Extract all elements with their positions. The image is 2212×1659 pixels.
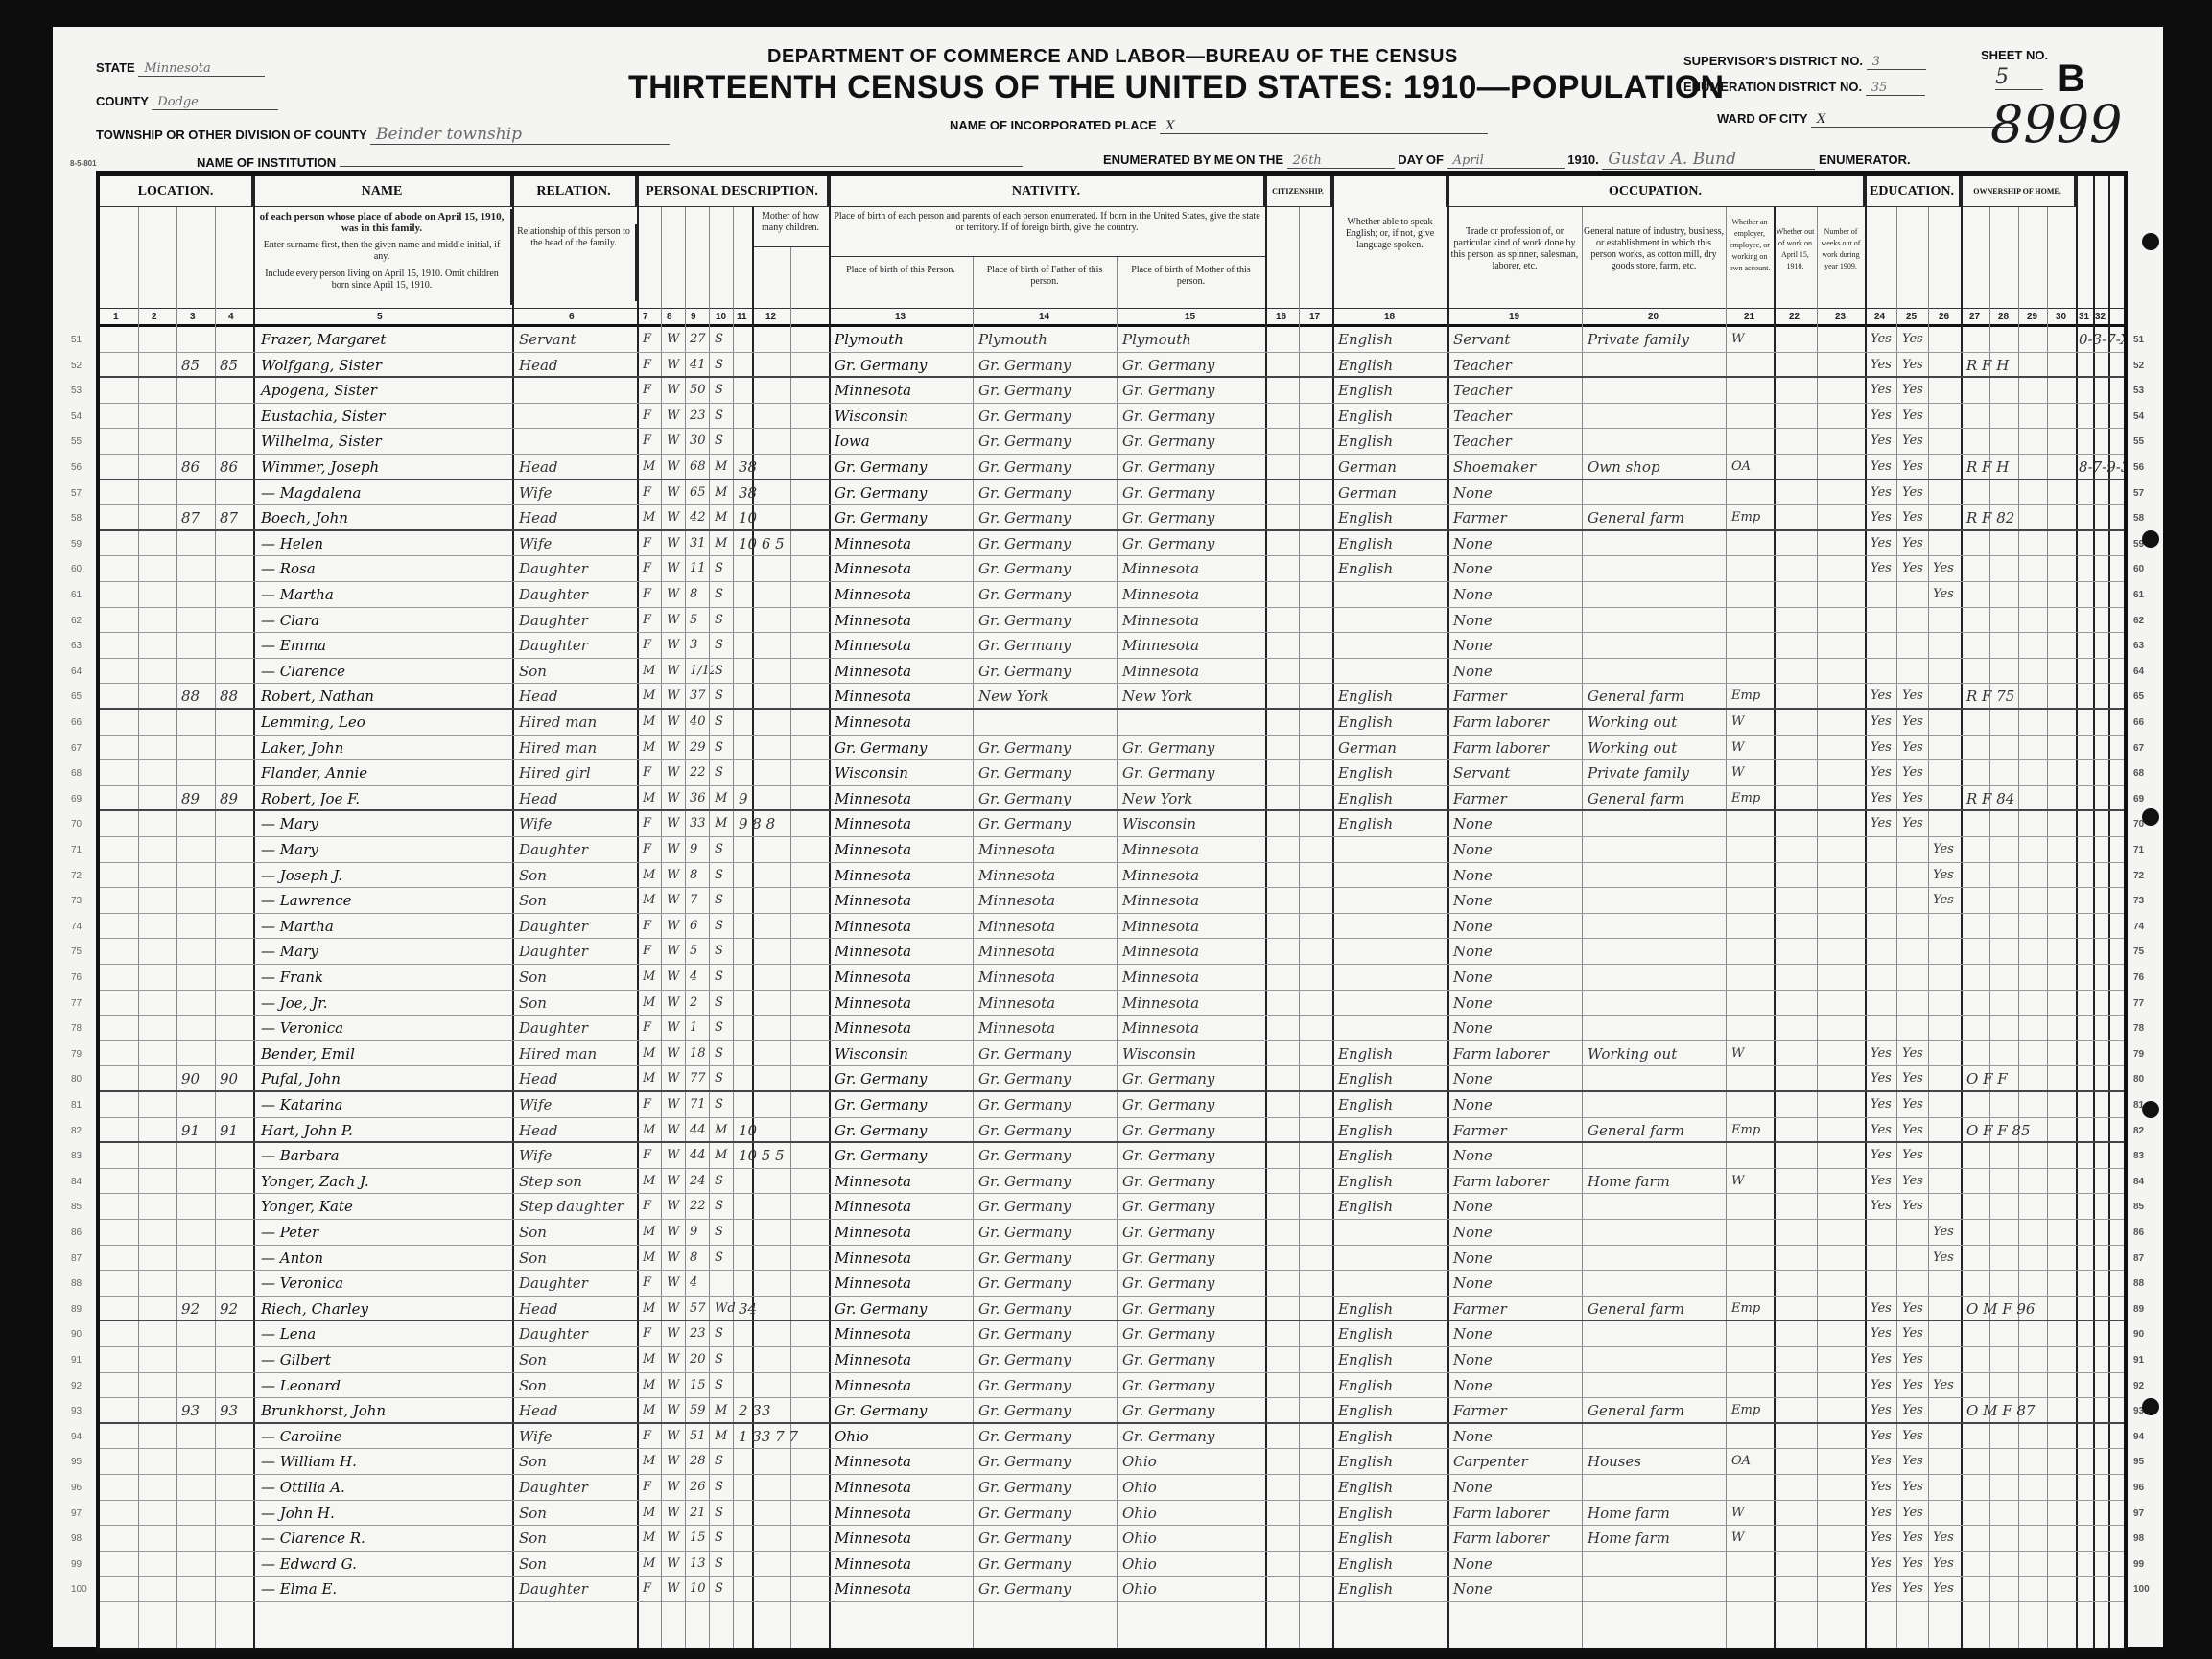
cell-relation: Wife bbox=[516, 531, 637, 556]
cell-mc bbox=[736, 429, 827, 454]
table-row: 9191Hart, John P.HeadMW44M10Gr. GermanyG… bbox=[100, 1118, 2124, 1144]
cell-right bbox=[2076, 1347, 2124, 1372]
cell-read: Yes bbox=[1868, 1347, 1899, 1372]
cell-trade: None bbox=[1450, 608, 1582, 633]
cell-family bbox=[217, 1143, 253, 1168]
cell-born: Minnesota bbox=[832, 1552, 973, 1577]
table-row: — MaryWifeFW33M9 8 8MinnesotaGr. Germany… bbox=[100, 811, 2124, 837]
cell-school bbox=[1930, 1092, 1961, 1117]
cell-race: W bbox=[664, 888, 685, 913]
cell-family: 90 bbox=[217, 1066, 253, 1090]
cell-family: 87 bbox=[217, 505, 253, 529]
cell-family bbox=[217, 1526, 253, 1551]
cell-age: 18 bbox=[687, 1041, 714, 1066]
table-row: — Clarence R.SonMW15SMinnesotaGr. German… bbox=[100, 1526, 2124, 1552]
cell-family: 93 bbox=[217, 1398, 253, 1422]
cell-read bbox=[1868, 1220, 1899, 1245]
cell-mc: 9 8 8 bbox=[736, 811, 827, 836]
cell-lang: German bbox=[1335, 455, 1447, 479]
cell-trade: None bbox=[1450, 582, 1582, 607]
cell-family bbox=[217, 736, 253, 760]
cell-write bbox=[1899, 888, 1928, 913]
cell-lang bbox=[1335, 1016, 1447, 1040]
cell-name: — Gilbert bbox=[258, 1347, 509, 1372]
cell-write bbox=[1899, 1016, 1928, 1040]
cell-born: Minnesota bbox=[832, 991, 973, 1016]
cell-race: W bbox=[664, 1169, 685, 1194]
cell-age: 13 bbox=[687, 1552, 714, 1577]
cell-mother: Minnesota bbox=[1119, 991, 1265, 1016]
cell-born: Minnesota bbox=[832, 531, 973, 556]
cell-mc: 1 33 7 7 bbox=[736, 1424, 827, 1449]
cell-family bbox=[217, 811, 253, 836]
cell-trade: None bbox=[1450, 1321, 1582, 1346]
cell-school: Yes bbox=[1930, 863, 1961, 888]
punch-hole bbox=[2142, 1398, 2159, 1415]
line-number: 85 bbox=[2133, 1202, 2144, 1212]
cell-industry bbox=[1585, 1194, 1726, 1219]
cell-dwelling: 91 bbox=[178, 1118, 215, 1142]
cell-right bbox=[2076, 710, 2124, 735]
cell-school bbox=[1930, 965, 1961, 990]
cell-emp bbox=[1729, 582, 1774, 607]
cell-dwelling: 89 bbox=[178, 786, 215, 810]
column-number: 11 bbox=[737, 309, 747, 326]
cell-industry: Own shop bbox=[1585, 455, 1726, 479]
cell-sex: M bbox=[640, 1041, 661, 1066]
cell-right bbox=[2076, 991, 2124, 1016]
cell-industry bbox=[1585, 353, 1726, 377]
cell-mc bbox=[736, 888, 827, 913]
cell-father: Gr. Germany bbox=[976, 404, 1117, 429]
table-row: Bender, EmilHired manMW18SWisconsinGr. G… bbox=[100, 1041, 2124, 1067]
cell-mc bbox=[736, 608, 827, 633]
cell-age: 9 bbox=[687, 1220, 714, 1245]
cell-age: 15 bbox=[687, 1526, 714, 1551]
cell-read: Yes bbox=[1868, 1118, 1899, 1142]
cell-race: W bbox=[664, 455, 685, 479]
cell-father: Gr. Germany bbox=[976, 1118, 1117, 1142]
cell-dwelling bbox=[178, 633, 215, 658]
cell-race: W bbox=[664, 1092, 685, 1117]
line-number: 53 bbox=[2133, 386, 2144, 396]
cell-age: 8 bbox=[687, 582, 714, 607]
cell-right bbox=[2076, 1424, 2124, 1449]
cell-trade: Shoemaker bbox=[1450, 455, 1582, 479]
cell-mc: 38 bbox=[736, 455, 827, 479]
line-number: 54 bbox=[2133, 411, 2144, 422]
cell-emp bbox=[1729, 1424, 1774, 1449]
cell-race: W bbox=[664, 1526, 685, 1551]
cell-relation: Daughter bbox=[516, 939, 637, 964]
cell-race: W bbox=[664, 1194, 685, 1219]
cell-race: W bbox=[664, 1552, 685, 1577]
cell-emp bbox=[1729, 939, 1774, 964]
cell-sex: M bbox=[640, 888, 661, 913]
cell-industry bbox=[1585, 965, 1726, 990]
cell-name: Boech, John bbox=[258, 505, 509, 529]
table-row: 8585Wolfgang, SisterHeadFW41SGr. Germany… bbox=[100, 353, 2124, 379]
cell-age: 77 bbox=[687, 1066, 714, 1090]
cell-lang bbox=[1335, 863, 1447, 888]
line-number-left: 82 bbox=[71, 1126, 82, 1136]
cell-name: — Anton bbox=[258, 1246, 509, 1271]
cell-write bbox=[1899, 1246, 1928, 1271]
line-number: 52 bbox=[2133, 361, 2144, 371]
cell-father: Gr. Germany bbox=[976, 378, 1117, 403]
cell-mc bbox=[736, 863, 827, 888]
cell-right bbox=[2076, 1118, 2124, 1142]
line-number: 83 bbox=[2133, 1151, 2144, 1161]
cell-write bbox=[1899, 837, 1928, 862]
cell-right bbox=[2076, 404, 2124, 429]
cell-mc bbox=[736, 582, 827, 607]
cell-relation: Daughter bbox=[516, 633, 637, 658]
cell-read: Yes bbox=[1868, 1297, 1899, 1320]
cell-write: Yes bbox=[1899, 1424, 1928, 1449]
cell-name: — Ottilia A. bbox=[258, 1475, 509, 1500]
cell-own bbox=[1964, 659, 2076, 684]
cell-marital: S bbox=[712, 1194, 736, 1219]
cell-age: 40 bbox=[687, 710, 714, 735]
ward-field: Ward of city X bbox=[1717, 111, 2014, 128]
cell-mother: Gr. Germany bbox=[1119, 353, 1265, 377]
cell-industry: General farm bbox=[1585, 684, 1726, 708]
cell-family bbox=[217, 1169, 253, 1194]
cell-family: 88 bbox=[217, 684, 253, 708]
cell-mother: Gr. Germany bbox=[1119, 455, 1265, 479]
line-number-left: 89 bbox=[71, 1304, 82, 1315]
cell-race: W bbox=[664, 633, 685, 658]
cell-own bbox=[1964, 378, 2076, 403]
line-number-left: 100 bbox=[71, 1584, 87, 1595]
cell-emp bbox=[1729, 1577, 1774, 1601]
cell-relation: Head bbox=[516, 455, 637, 479]
cell-school bbox=[1930, 1066, 1961, 1090]
cell-name: — Emma bbox=[258, 633, 509, 658]
cell-trade: None bbox=[1450, 1347, 1582, 1372]
column-number: 23 bbox=[1835, 309, 1846, 326]
cell-lang bbox=[1335, 991, 1447, 1016]
cell-age: 31 bbox=[687, 531, 714, 556]
cell-dwelling: 92 bbox=[178, 1297, 215, 1320]
mother-children-header: Mother of how many children. bbox=[752, 209, 829, 247]
cell-born: Minnesota bbox=[832, 1194, 973, 1219]
cell-emp bbox=[1729, 965, 1774, 990]
cell-marital: S bbox=[712, 684, 736, 708]
cell-emp bbox=[1729, 863, 1774, 888]
cell-relation: Head bbox=[516, 684, 637, 708]
column-number: 15 bbox=[1185, 309, 1195, 326]
cell-lang: English bbox=[1335, 811, 1447, 836]
cell-right bbox=[2076, 837, 2124, 862]
cell-mother: Minnesota bbox=[1119, 633, 1265, 658]
cell-marital: S bbox=[712, 965, 736, 990]
group-location: LOCATION. bbox=[100, 176, 253, 207]
cell-relation: Son bbox=[516, 659, 637, 684]
cell-industry: General farm bbox=[1585, 786, 1726, 810]
cell-school bbox=[1930, 939, 1961, 964]
cell-lang: English bbox=[1335, 378, 1447, 403]
cell-read: Yes bbox=[1868, 404, 1899, 429]
cell-born: Gr. Germany bbox=[832, 1092, 973, 1117]
cell-age: 28 bbox=[687, 1449, 714, 1474]
cell-emp: W bbox=[1729, 760, 1774, 785]
cell-read bbox=[1868, 1016, 1899, 1040]
table-row: — ClarenceSonMW1/12SMinnesotaGr. Germany… bbox=[100, 659, 2124, 685]
cell-right bbox=[2076, 1501, 2124, 1526]
enumeration-date-field: Enumerated by me on the 26th day of Apri… bbox=[1103, 150, 1911, 170]
cell-mc bbox=[736, 1475, 827, 1500]
column-number: 4 bbox=[228, 309, 234, 326]
group-language-blank bbox=[1332, 176, 1447, 207]
cell-school bbox=[1930, 659, 1961, 684]
cell-born: Minnesota bbox=[832, 1449, 973, 1474]
line-number-left: 87 bbox=[71, 1253, 82, 1264]
cell-mc: 34 bbox=[736, 1297, 827, 1320]
cell-own bbox=[1964, 404, 2076, 429]
cell-mc bbox=[736, 837, 827, 862]
cell-sex: M bbox=[640, 1398, 661, 1422]
cell-read: Yes bbox=[1868, 429, 1899, 454]
cell-emp bbox=[1729, 991, 1774, 1016]
cell-marital: S bbox=[712, 1220, 736, 1245]
cell-mother: Plymouth bbox=[1119, 327, 1265, 352]
township-value: Beinder township bbox=[370, 125, 670, 145]
cell-lang bbox=[1335, 1246, 1447, 1271]
cell-age: 15 bbox=[687, 1373, 714, 1398]
cell-lang: English bbox=[1335, 1449, 1447, 1474]
cell-mother: Gr. Germany bbox=[1119, 378, 1265, 403]
cell-race: W bbox=[664, 659, 685, 684]
cell-born: Minnesota bbox=[832, 786, 973, 810]
cell-trade: None bbox=[1450, 1577, 1582, 1601]
cell-name: — Clarence bbox=[258, 659, 509, 684]
cell-father: Gr. Germany bbox=[976, 811, 1117, 836]
group-personal: PERSONAL DESCRIPTION. bbox=[637, 176, 829, 207]
cell-emp: OA bbox=[1729, 455, 1774, 479]
cell-race: W bbox=[664, 353, 685, 377]
cell-emp: W bbox=[1729, 1501, 1774, 1526]
line-number-left: 72 bbox=[71, 871, 82, 881]
cell-lang: English bbox=[1335, 1347, 1447, 1372]
cell-own bbox=[1964, 1501, 2076, 1526]
cell-name: Bender, Emil bbox=[258, 1041, 509, 1066]
cell-sex: F bbox=[640, 1271, 661, 1296]
cell-sex: M bbox=[640, 1220, 661, 1245]
cell-age: 5 bbox=[687, 939, 714, 964]
cell-lang: English bbox=[1335, 1577, 1447, 1601]
cell-age: 51 bbox=[687, 1424, 714, 1449]
line-number-left: 84 bbox=[71, 1177, 82, 1187]
cell-sex: M bbox=[640, 710, 661, 735]
cell-mother: Gr. Germany bbox=[1119, 1347, 1265, 1372]
cell-relation: Hired girl bbox=[516, 760, 637, 785]
cell-own bbox=[1964, 1347, 2076, 1372]
cell-age: 7 bbox=[687, 888, 714, 913]
cell-mother: Minnesota bbox=[1119, 837, 1265, 862]
cell-trade: None bbox=[1450, 480, 1582, 505]
cell-right bbox=[2076, 1143, 2124, 1168]
cell-write: Yes bbox=[1899, 327, 1928, 352]
cell-mc bbox=[736, 378, 827, 403]
cell-relation: Head bbox=[516, 353, 637, 377]
cell-family: 85 bbox=[217, 353, 253, 377]
cell-name: — Edward G. bbox=[258, 1552, 509, 1577]
language-header: Whether able to speak English; or, if no… bbox=[1332, 215, 1447, 292]
cell-age: 1/12 bbox=[687, 659, 714, 684]
cell-mother: Minnesota bbox=[1119, 914, 1265, 939]
cell-relation: Hired man bbox=[516, 710, 637, 735]
line-number: 84 bbox=[2133, 1177, 2144, 1187]
cell-marital: Wd bbox=[712, 1297, 736, 1320]
cell-mc bbox=[736, 1220, 827, 1245]
cell-lang: English bbox=[1335, 1475, 1447, 1500]
cell-school bbox=[1930, 1321, 1961, 1346]
cell-race: W bbox=[664, 939, 685, 964]
cell-name: — Mary bbox=[258, 939, 509, 964]
cell-race: W bbox=[664, 556, 685, 581]
cell-name: Frazer, Margaret bbox=[258, 327, 509, 352]
cell-trade: None bbox=[1450, 531, 1582, 556]
cell-father: Gr. Germany bbox=[976, 736, 1117, 760]
cell-relation: Hired man bbox=[516, 736, 637, 760]
enumerated-day: 26th bbox=[1287, 153, 1395, 169]
cell-write bbox=[1899, 1271, 1928, 1296]
cell-mother: Gr. Germany bbox=[1119, 1398, 1265, 1422]
cell-marital: S bbox=[712, 1577, 736, 1601]
cell-born: Wisconsin bbox=[832, 760, 973, 785]
cell-family bbox=[217, 837, 253, 862]
cell-father: Gr. Germany bbox=[976, 582, 1117, 607]
cell-mother: Gr. Germany bbox=[1119, 1424, 1265, 1449]
state-value: Minnesota bbox=[138, 61, 265, 77]
cell-mother: Minnesota bbox=[1119, 556, 1265, 581]
cell-born: Gr. Germany bbox=[832, 353, 973, 377]
cell-school bbox=[1930, 1501, 1961, 1526]
cell-father: Gr. Germany bbox=[976, 786, 1117, 810]
cell-trade: Farm laborer bbox=[1450, 1526, 1582, 1551]
cell-family: 89 bbox=[217, 786, 253, 810]
cell-father: Minnesota bbox=[976, 837, 1117, 862]
cell-dwelling: 88 bbox=[178, 684, 215, 708]
cell-school bbox=[1930, 353, 1961, 377]
cell-lang bbox=[1335, 965, 1447, 990]
cell-age: 21 bbox=[687, 1501, 714, 1526]
cell-read bbox=[1868, 582, 1899, 607]
cell-write: Yes bbox=[1899, 786, 1928, 810]
cell-trade: None bbox=[1450, 1475, 1582, 1500]
cell-industry bbox=[1585, 1347, 1726, 1372]
cell-age: 71 bbox=[687, 1092, 714, 1117]
form-code: 8-5-801 bbox=[70, 159, 97, 168]
cell-right bbox=[2076, 608, 2124, 633]
cell-relation: Son bbox=[516, 1246, 637, 1271]
cell-right bbox=[2076, 1194, 2124, 1219]
cell-read: Yes bbox=[1868, 1526, 1899, 1551]
cell-write bbox=[1899, 863, 1928, 888]
cell-mother: Gr. Germany bbox=[1119, 1246, 1265, 1271]
cell-right bbox=[2076, 1169, 2124, 1194]
cell-age: 11 bbox=[687, 556, 714, 581]
cell-industry bbox=[1585, 633, 1726, 658]
cell-emp bbox=[1729, 1016, 1774, 1040]
cell-marital: M bbox=[712, 1398, 736, 1422]
line-number-left: 83 bbox=[71, 1151, 82, 1161]
cell-mc bbox=[736, 659, 827, 684]
cell-own bbox=[1964, 327, 2076, 352]
cell-marital: M bbox=[712, 1424, 736, 1449]
cell-trade: None bbox=[1450, 888, 1582, 913]
cell-lang: English bbox=[1335, 1424, 1447, 1449]
birth-person-header: Place of birth of this Person. bbox=[829, 263, 973, 301]
line-number-left: 92 bbox=[71, 1381, 82, 1391]
cell-own bbox=[1964, 1041, 2076, 1066]
cell-dwelling bbox=[178, 1552, 215, 1577]
cell-name: Robert, Joe F. bbox=[258, 786, 509, 810]
cell-mc: 9 bbox=[736, 786, 827, 810]
cell-dwelling bbox=[178, 1246, 215, 1271]
cell-lang bbox=[1335, 914, 1447, 939]
cell-relation: Daughter bbox=[516, 556, 637, 581]
cell-industry: Houses bbox=[1585, 1449, 1726, 1474]
line-number-left: 95 bbox=[71, 1457, 82, 1467]
table-row: Wilhelma, SisterFW30SIowaGr. GermanyGr. … bbox=[100, 429, 2124, 455]
cell-sex: M bbox=[640, 1373, 661, 1398]
cell-mc: 2 33 bbox=[736, 1398, 827, 1422]
cell-born: Gr. Germany bbox=[832, 1066, 973, 1090]
cell-race: W bbox=[664, 404, 685, 429]
cell-marital: S bbox=[712, 556, 736, 581]
cell-age: 42 bbox=[687, 505, 714, 529]
cell-school: Yes bbox=[1930, 837, 1961, 862]
cell-dwelling bbox=[178, 1271, 215, 1296]
name-desc: of each person whose place of abode on A… bbox=[255, 211, 508, 234]
cell-mother: Ohio bbox=[1119, 1552, 1265, 1577]
cell-mc bbox=[736, 353, 827, 377]
cell-industry: Working out bbox=[1585, 736, 1726, 760]
cell-lang bbox=[1335, 582, 1447, 607]
cell-marital: M bbox=[712, 811, 736, 836]
cell-emp bbox=[1729, 1220, 1774, 1245]
cell-born: Minnesota bbox=[832, 914, 973, 939]
cell-race: W bbox=[664, 1449, 685, 1474]
cell-relation: Hired man bbox=[516, 1041, 637, 1066]
line-number-left: 55 bbox=[71, 436, 82, 447]
line-number-left: 76 bbox=[71, 972, 82, 983]
cell-sex: M bbox=[640, 455, 661, 479]
cell-write bbox=[1899, 633, 1928, 658]
cell-mother: Gr. Germany bbox=[1119, 1321, 1265, 1346]
cell-school bbox=[1930, 684, 1961, 708]
cell-relation: Step son bbox=[516, 1169, 637, 1194]
cell-right bbox=[2076, 1449, 2124, 1474]
cell-father: Gr. Germany bbox=[976, 1424, 1117, 1449]
cell-father: Gr. Germany bbox=[976, 633, 1117, 658]
cell-school bbox=[1930, 378, 1961, 403]
cell-race: W bbox=[664, 863, 685, 888]
line-number: 78 bbox=[2133, 1023, 2144, 1034]
cell-lang bbox=[1335, 837, 1447, 862]
line-number-left: 70 bbox=[71, 819, 82, 829]
cell-industry bbox=[1585, 1246, 1726, 1271]
cell-race: W bbox=[664, 480, 685, 505]
cell-age: 5 bbox=[687, 608, 714, 633]
cell-mc bbox=[736, 1271, 827, 1296]
cell-sex: M bbox=[640, 786, 661, 810]
line-number: 51 bbox=[2133, 335, 2144, 345]
column-number: 1 bbox=[113, 309, 119, 326]
